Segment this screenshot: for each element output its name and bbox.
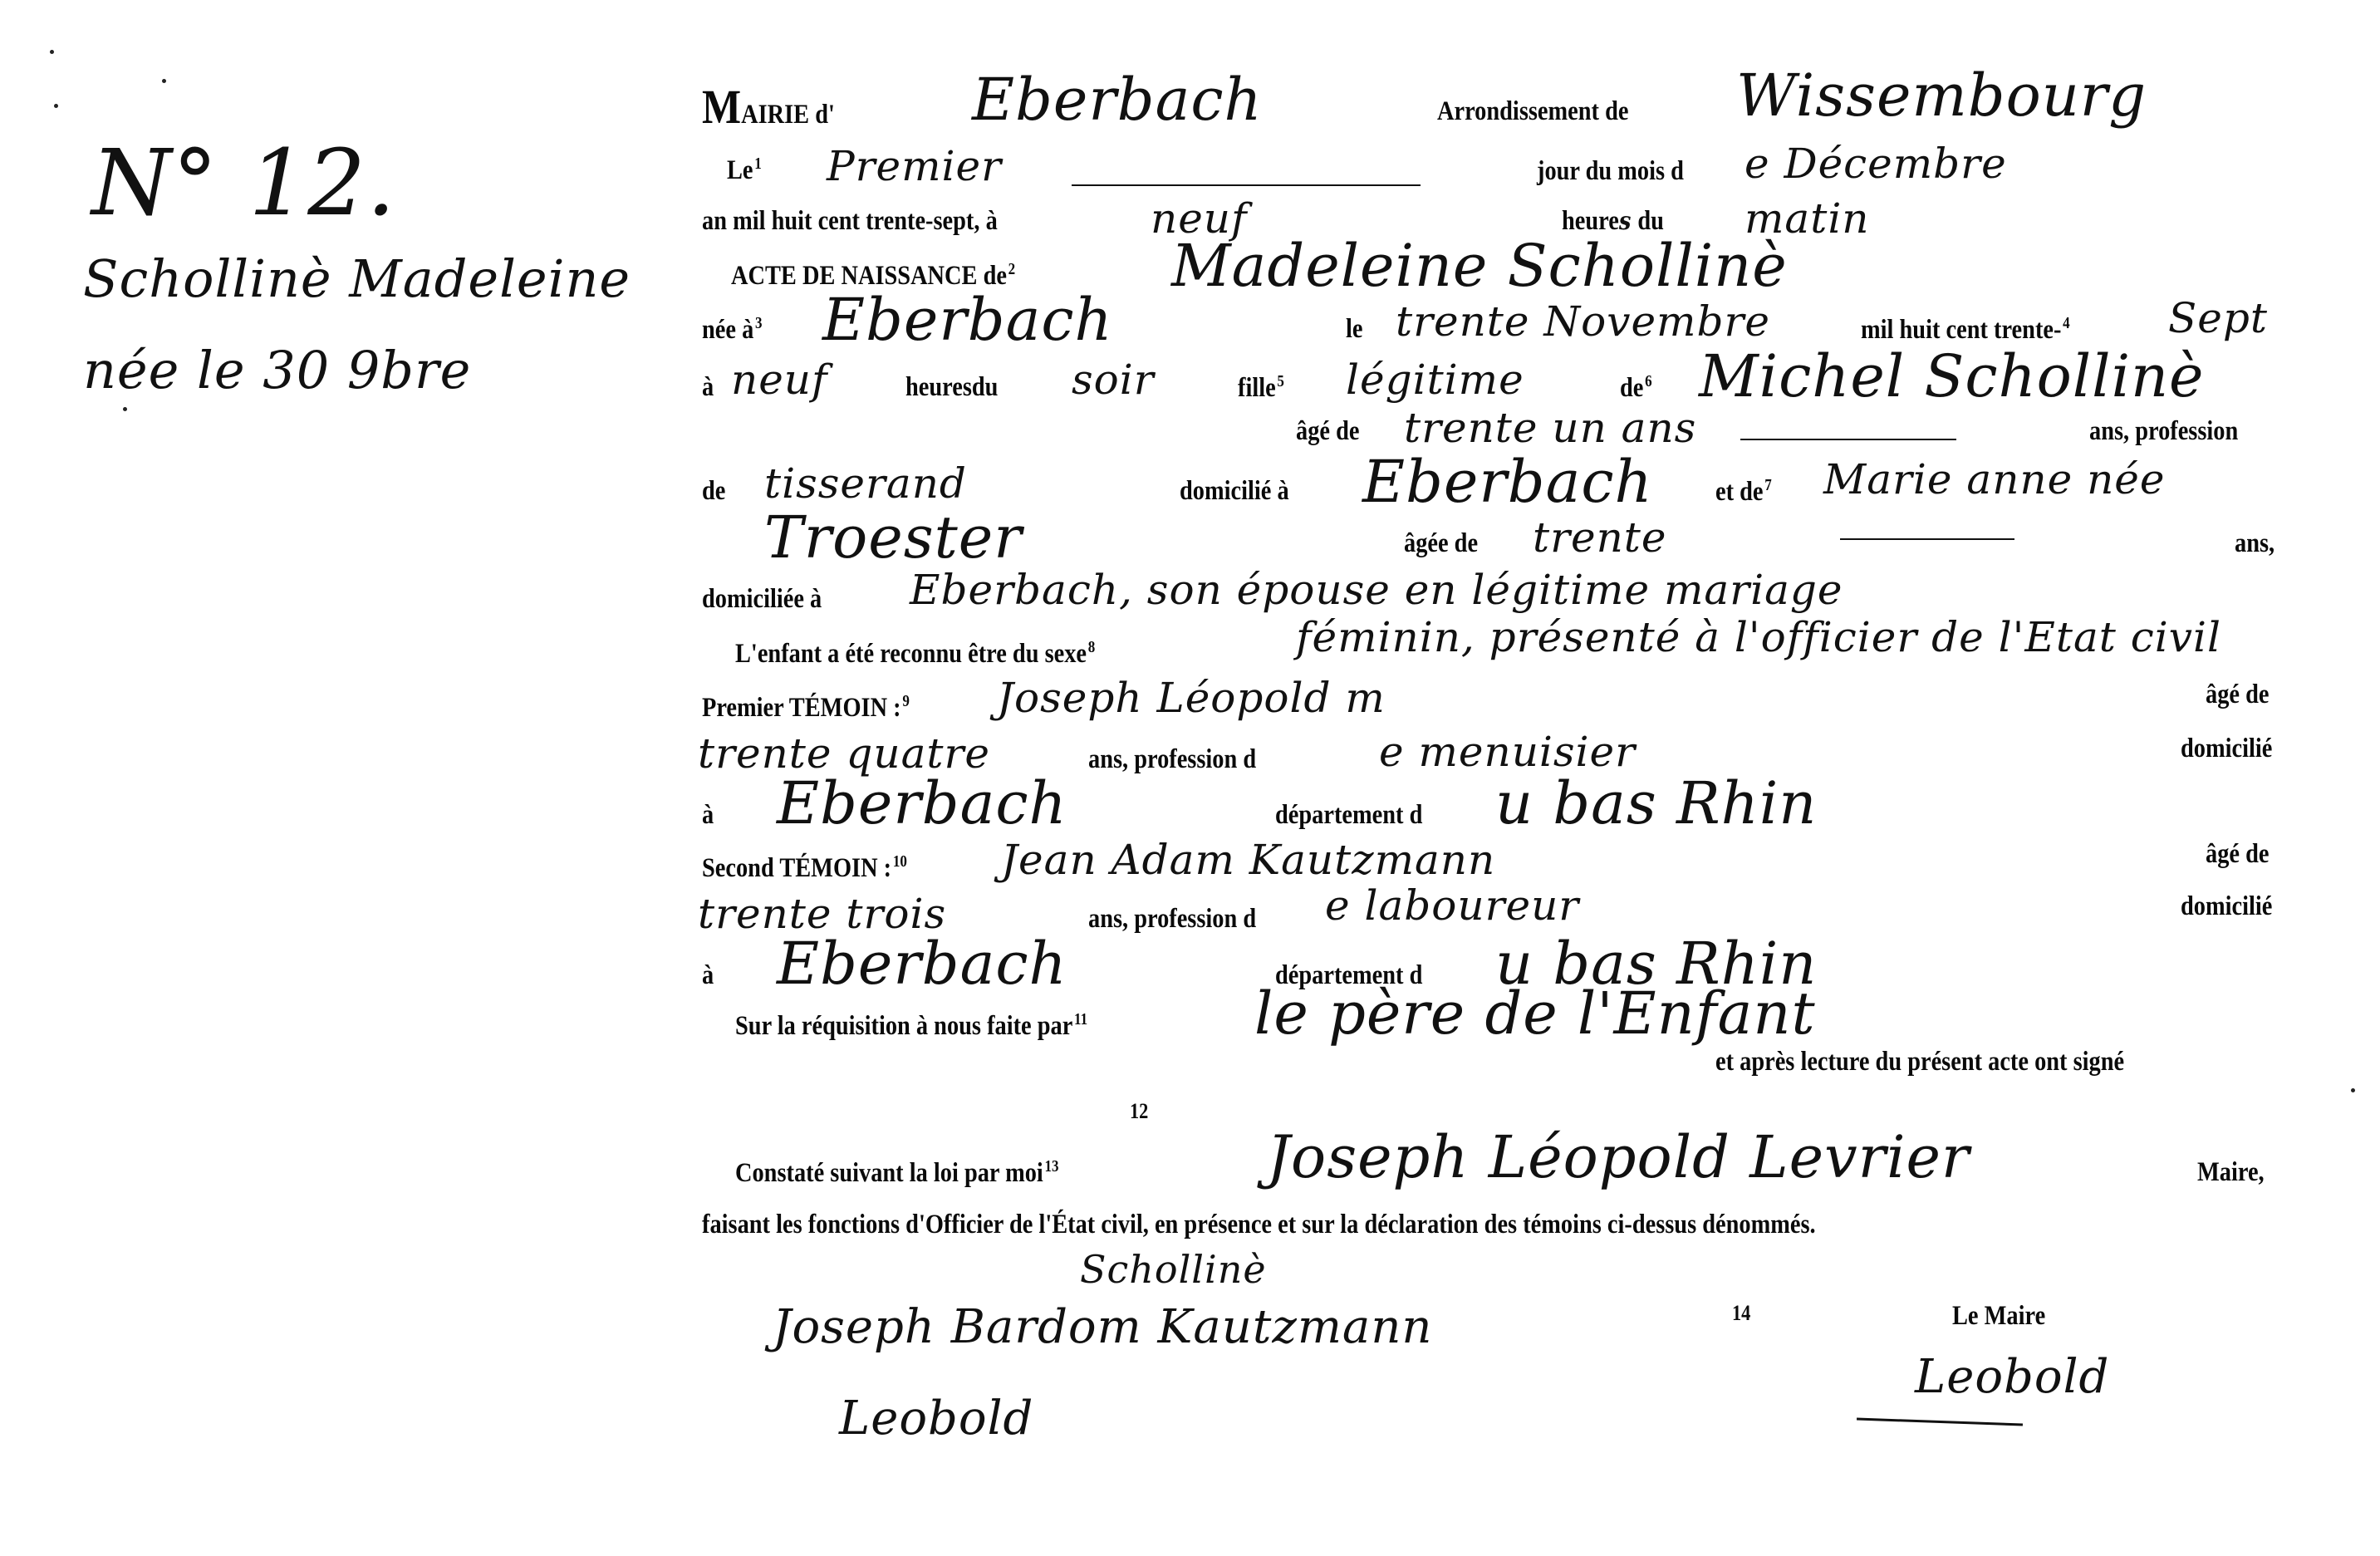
witness-signatures: Joseph Bardom Kautzmann — [773, 1304, 1432, 1351]
arrondissement-label: Arrondissement de — [1437, 98, 1628, 125]
witness2-domicile-label: domicilié — [2181, 893, 2272, 920]
fill-line — [1072, 184, 1421, 186]
mother-name-value: Marie anne née — [1823, 459, 2165, 500]
mayor-signature: Leobold — [1915, 1354, 2109, 1401]
witness1-a-label: à — [702, 802, 714, 829]
footnote-9: 9 — [902, 692, 910, 710]
birth-hour-value: neuf — [731, 359, 828, 400]
father-profession-label: ans, profession — [2089, 418, 2238, 445]
mairie-initial: M — [702, 80, 741, 134]
maire-title-label: Maire, — [2197, 1159, 2265, 1186]
witness2-a-label: à — [702, 962, 714, 989]
le-maire-label: Le Maire — [1952, 1303, 2045, 1330]
mother-label: et de7 — [1715, 478, 1772, 506]
requisition-text: Sur la réquisition à nous faite par — [735, 1011, 1072, 1041]
mayor-signature-flourish — [1857, 1418, 2023, 1426]
witness1-label: Premier TÉMOIN :9 — [702, 694, 910, 722]
fill-line — [1740, 439, 1956, 440]
mother-surname-value: Troester — [764, 508, 1023, 567]
witness1-age-value: trente quatre — [698, 733, 990, 774]
margin-record-number: N° 12. — [91, 137, 396, 228]
de6-text: de — [1620, 373, 1643, 403]
mother-domicile-label: domiciliée à — [702, 586, 822, 613]
birth-year-value: Sept — [2168, 297, 2268, 339]
constate-text: Constaté suivant la loi par moi — [735, 1158, 1043, 1188]
witness2-profession-value: e laboureur — [1325, 885, 1579, 926]
footnote-12: 12 — [1130, 1101, 1148, 1122]
child-sex-label: L'enfant a été reconnu être du sexe8 — [735, 640, 1095, 668]
jour-label: jour du mois d — [1537, 158, 1684, 185]
witness-signature-second: Leobold — [839, 1396, 1033, 1442]
footnote-3: 3 — [755, 314, 763, 332]
father-domicile-label: domicilié à — [1180, 478, 1289, 505]
month-value: e Décembre — [1745, 143, 2007, 184]
witness2-name-value: Jean Adam Kautzmann — [1001, 839, 1495, 881]
footnote-2: 2 — [1008, 260, 1016, 278]
mairie-prefix: d' — [815, 100, 835, 130]
witness1-domicile-value: Eberbach — [777, 774, 1067, 832]
father-name-value: Michel Schollinè — [1699, 347, 2204, 405]
heure2-text: heure — [905, 372, 963, 402]
witness2-domicile-value: Eberbach — [777, 935, 1067, 993]
footnote-7: 7 — [1764, 476, 1772, 494]
mother-ans-label: ans, — [2235, 530, 2274, 557]
mother-age-label: âgée de — [1404, 530, 1478, 557]
mairie-value: Eberbach — [972, 71, 1263, 129]
footnote-1: 1 — [754, 155, 762, 173]
witness-signature-top: Schollinè — [1080, 1250, 1267, 1288]
requisition-value: le père de l'Enfant — [1254, 984, 1816, 1043]
father-age-value: trente un ans — [1404, 407, 1696, 449]
filiation-value: légitime — [1346, 359, 1524, 400]
margin-record-birth-note: née le 30 9bre — [83, 345, 471, 396]
witness2-label: Second TÉMOIN :10 — [702, 854, 907, 882]
officer-name-value: Joseph Léopold Levrier — [1267, 1128, 1970, 1186]
witness1-department-label: département d — [1275, 802, 1422, 829]
birthplace-label: née à3 — [702, 316, 762, 344]
heure2-suffix: s — [963, 372, 972, 402]
footnote-13: 13 — [1045, 1157, 1059, 1176]
year-label: an mil huit cent trente-sept, à — [702, 208, 998, 235]
witness1-department-value: u bas Rhin — [1495, 774, 1817, 832]
witness1-profession-label: ans, profession d — [1088, 746, 1256, 773]
mother-domicile-value: Eberbach, son épouse en légitime mariage — [910, 569, 1843, 611]
mairie-label: MAIRIE d' — [702, 83, 835, 131]
reading-label: et après lecture du présent acte ont sig… — [1715, 1048, 2124, 1076]
fil-text: fil — [1238, 373, 1259, 403]
ink-speck — [2351, 1088, 2355, 1092]
footnote-14: 14 — [1732, 1303, 1750, 1324]
child-name-value: Madeleine Schollinè — [1171, 237, 1788, 295]
footnote-6: 6 — [1645, 372, 1652, 390]
mother-age-value: trente — [1533, 517, 1666, 558]
et-de-text: et de — [1715, 477, 1764, 507]
father-domicile-value: Eberbach — [1362, 453, 1653, 511]
birth-year-label: mil huit cent trente-4 — [1861, 316, 2070, 344]
father-profession-prefix: de — [702, 478, 725, 505]
fill-line — [1840, 538, 2014, 540]
mairie-rest: AIRIE — [741, 100, 809, 130]
father-profession-value: tisserand — [764, 463, 967, 504]
father-label: de6 — [1620, 374, 1652, 402]
birth-heure-label: heuresdu — [905, 374, 998, 401]
footnote-10: 10 — [893, 852, 907, 871]
witness2-age-label: âgé de — [2206, 841, 2269, 868]
day-value: Premier — [827, 145, 1002, 187]
birth-period-value: soir — [1072, 359, 1155, 400]
requisition-label: Sur la réquisition à nous faite par11 — [735, 1012, 1087, 1040]
temoin2-text: Second TÉMOIN : — [702, 853, 891, 883]
footnote-8: 8 — [1088, 638, 1096, 656]
birth-hour-label: à — [702, 374, 714, 401]
ink-speck — [54, 104, 58, 108]
footnote-4: 4 — [2063, 314, 2070, 332]
arrondissement-value: Wissembourg — [1736, 66, 2147, 125]
birth-certificate-page: N° 12. Schollinè Madeleine née le 30 9br… — [0, 0, 2380, 1556]
witness2-profession-label: ans, profession d — [1088, 906, 1256, 933]
footnote-11: 11 — [1074, 1010, 1087, 1028]
birthplace-value: Eberbach — [822, 291, 1113, 349]
witness1-domicile-label: domicilié — [2181, 735, 2272, 763]
witness1-age-label: âgé de — [2206, 681, 2269, 709]
birth-date-value: trente Novembre — [1396, 301, 1770, 342]
witness2-age-value: trente trois — [698, 893, 946, 935]
mil-text: mil huit cent trente- — [1861, 315, 2061, 345]
fil-suffix: le — [1259, 373, 1275, 403]
ink-speck — [123, 407, 127, 411]
footnote-5: 5 — [1277, 372, 1284, 390]
child-sex-value: féminin, présenté à l'officier de l'Etat… — [1296, 616, 2221, 658]
margin-record-name: Schollinè Madeleine — [83, 253, 631, 305]
witness1-profession-value: e menuisier — [1379, 731, 1636, 773]
witness1-name-value: Joseph Léopold m — [997, 677, 1386, 719]
father-age-label: âgé de — [1296, 418, 1359, 445]
filiation-label: fille5 — [1238, 374, 1284, 402]
ink-speck — [50, 50, 54, 54]
temoin1-text: Premier TÉMOIN : — [702, 693, 901, 723]
le-label: Le1 — [727, 156, 762, 184]
birth-date-label: le — [1346, 316, 1362, 343]
enfant-text: L'enfant a été reconnu être du sexe — [735, 639, 1087, 669]
du2-text: du — [972, 372, 999, 402]
ink-speck — [162, 79, 166, 83]
nee-text: née à — [702, 315, 753, 345]
le-text: Le — [727, 155, 753, 185]
attestation-label: Constaté suivant la loi par moi13 — [735, 1159, 1059, 1187]
officer-functions-label: faisant les fonctions d'Officier de l'Ét… — [702, 1211, 1816, 1239]
